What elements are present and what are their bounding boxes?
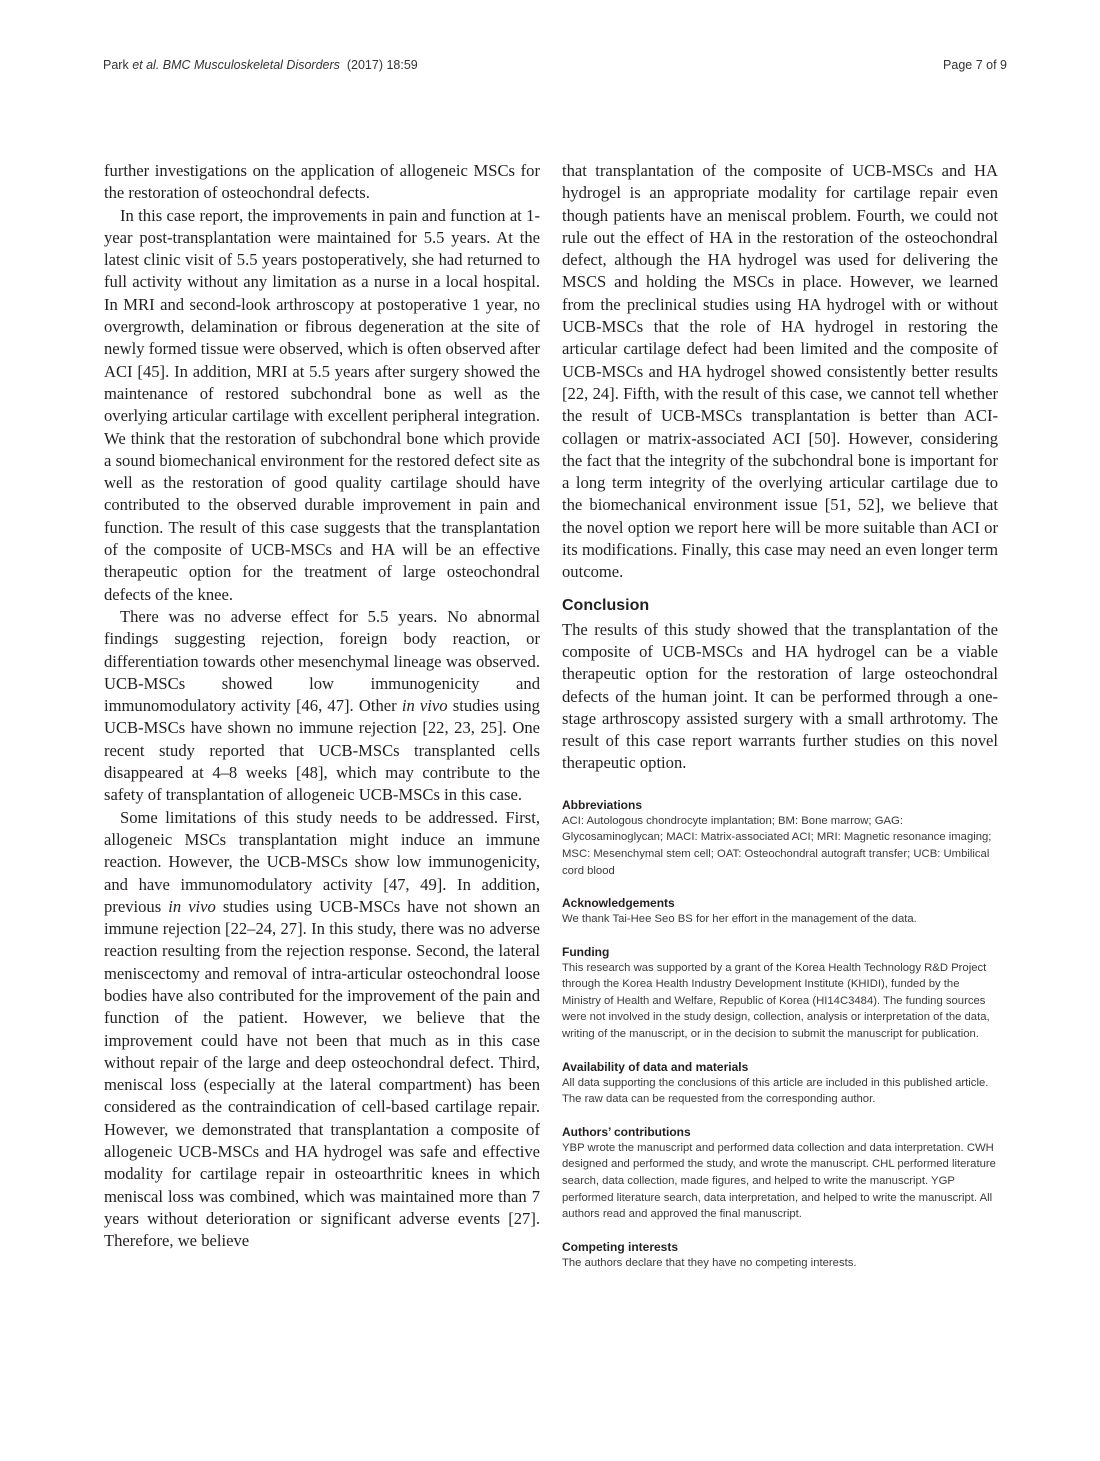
paragraph: further investigations on the applicatio… xyxy=(104,160,540,205)
journal-name: BMC Musculoskeletal Disorders xyxy=(159,58,340,72)
citation-line: Park et al. BMC Musculoskeletal Disorder… xyxy=(103,58,418,78)
abbreviations-text: ACI: Autologous chondrocyte implantation… xyxy=(562,813,998,879)
funding-text: This research was supported by a grant o… xyxy=(562,960,998,1043)
right-column: that transplantation of the composite of… xyxy=(562,160,998,1271)
funding-heading: Funding xyxy=(562,944,998,960)
italic-term: in vivo xyxy=(168,897,216,916)
paragraph: There was no adverse effect for 5.5 year… xyxy=(104,606,540,807)
abbreviations-heading: Abbreviations xyxy=(562,797,998,813)
contributions-section: Authors’ contributions YBP wrote the man… xyxy=(562,1124,998,1223)
availability-heading: Availability of data and materials xyxy=(562,1059,998,1075)
paragraph: Some limitations of this study needs to … xyxy=(104,807,540,1253)
competing-interests-text: The authors declare that they have no co… xyxy=(562,1255,998,1272)
paragraph: In this case report, the improvements in… xyxy=(104,205,540,606)
et-al: et al. xyxy=(132,58,159,72)
acknowledgements-section: Acknowledgements We thank Tai-Hee Seo BS… xyxy=(562,895,998,928)
contributions-text: YBP wrote the manuscript and performed d… xyxy=(562,1140,998,1223)
availability-text: All data supporting the conclusions of t… xyxy=(562,1075,998,1108)
abbreviations-section: Abbreviations ACI: Autologous chondrocyt… xyxy=(562,797,998,879)
acknowledgements-text: We thank Tai-Hee Seo BS for her effort i… xyxy=(562,911,998,928)
page-number: Page 7 of 9 xyxy=(943,58,1007,78)
competing-interests-section: Competing interests The authors declare … xyxy=(562,1239,998,1272)
conclusion-heading: Conclusion xyxy=(562,596,998,616)
left-column: further investigations on the applicatio… xyxy=(104,160,540,1253)
text-run: studies using UCB-MSCs have not shown an… xyxy=(104,897,540,1250)
funding-section: Funding This research was supported by a… xyxy=(562,944,998,1043)
acknowledgements-heading: Acknowledgements xyxy=(562,895,998,911)
conclusion-text: The results of this study showed that th… xyxy=(562,619,998,775)
authors: Park xyxy=(103,58,132,72)
availability-section: Availability of data and materials All d… xyxy=(562,1059,998,1108)
volume-info: (2017) 18:59 xyxy=(340,58,418,72)
running-header: Park et al. BMC Musculoskeletal Disorder… xyxy=(103,58,1007,78)
paragraph: that transplantation of the composite of… xyxy=(562,160,998,584)
competing-interests-heading: Competing interests xyxy=(562,1239,998,1255)
contributions-heading: Authors’ contributions xyxy=(562,1124,998,1140)
italic-term: in vivo xyxy=(402,696,448,715)
